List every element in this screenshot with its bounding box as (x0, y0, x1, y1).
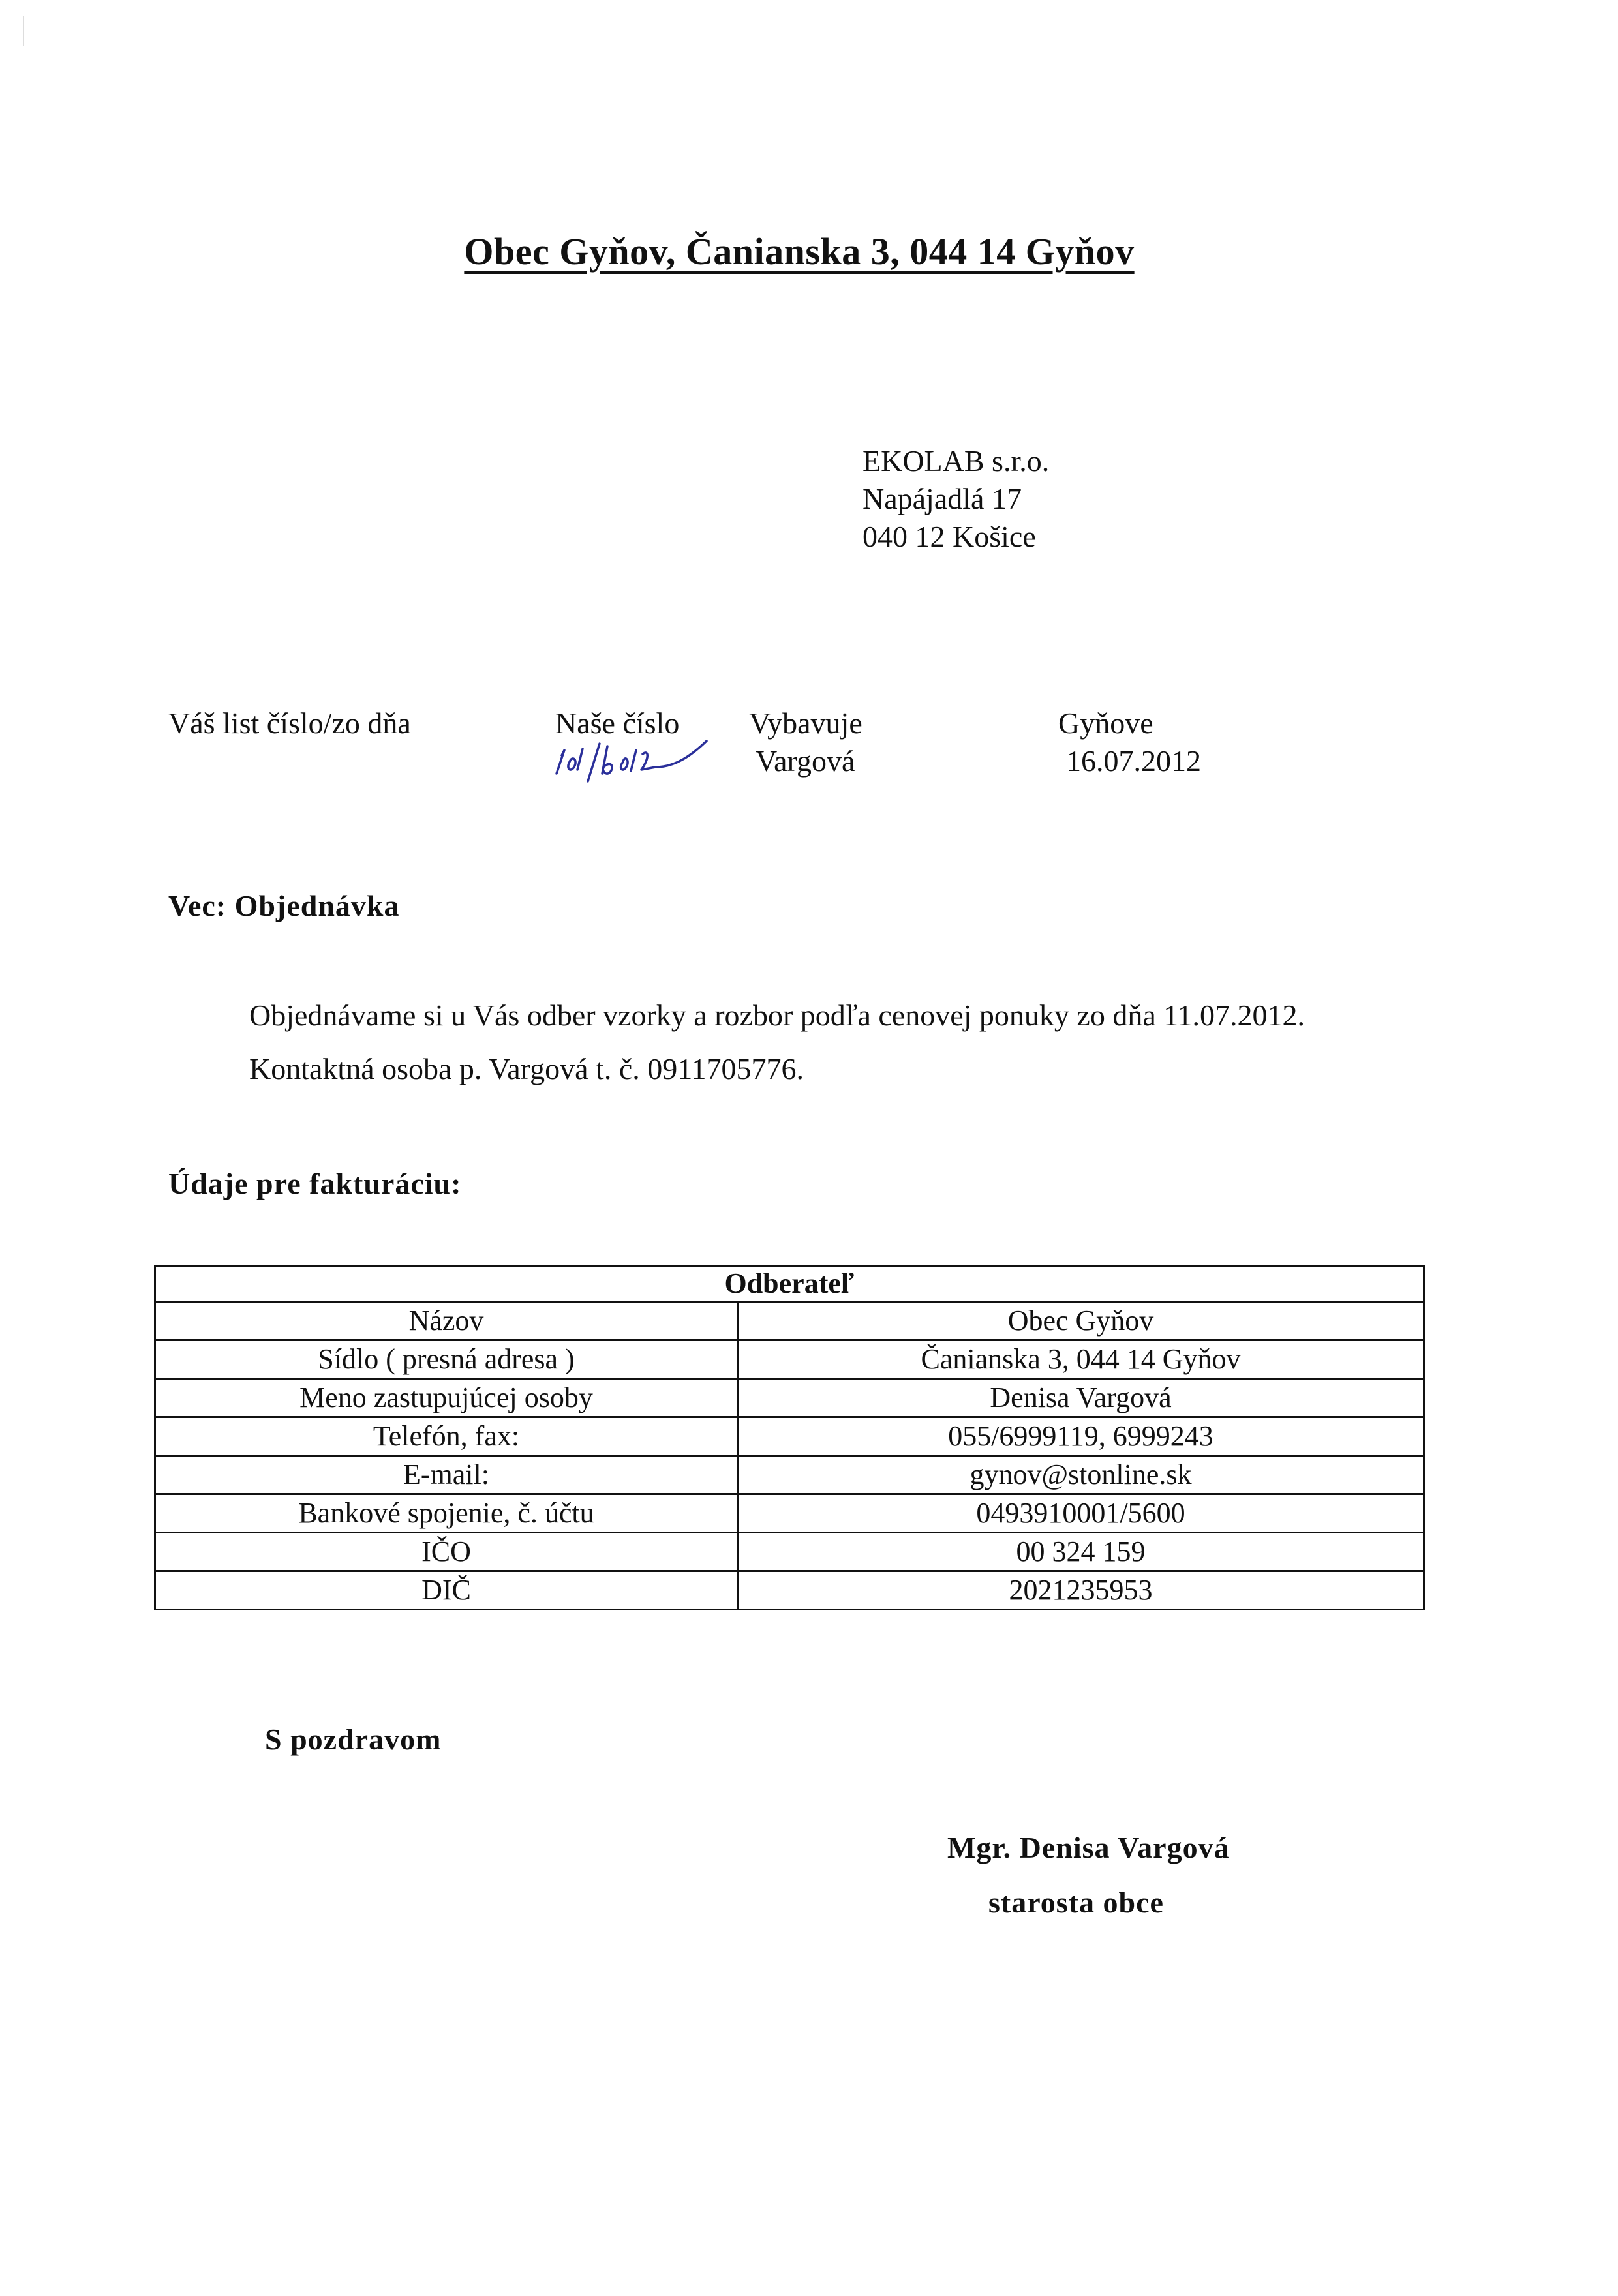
row-value: gynov@stonline.sk (738, 1456, 1424, 1494)
row-label: Meno zastupujúcej osoby (155, 1379, 738, 1417)
row-label: Telefón, fax: (155, 1417, 738, 1456)
signatory-role: starosta obce (988, 1885, 1164, 1920)
handwritten-reference-number: 101/2012 (551, 736, 714, 788)
recipient-line: EKOLAB s.r.o. (862, 442, 1049, 480)
table-row: Telefón, fax:055/6999119, 6999243 (155, 1417, 1424, 1456)
table-row: E-mail:gynov@stonline.sk (155, 1456, 1424, 1494)
row-value: Obec Gyňov (738, 1302, 1424, 1340)
subject-line: Vec: Objednávka (168, 888, 400, 923)
your-letter-label: Váš list číslo/zo dňa (168, 706, 411, 740)
billing-heading: Údaje pre fakturáciu: (168, 1166, 461, 1201)
row-value: 0493910001/5600 (738, 1494, 1424, 1533)
body-paragraph-2: Kontaktná osoba p. Vargová t. č. 0911705… (249, 1051, 804, 1086)
table-row: Meno zastupujúcej osobyDenisa Vargová (155, 1379, 1424, 1417)
table-header-customer: Odberateľ (155, 1266, 1424, 1302)
letterhead-title: Obec Gyňov, Čanianska 3, 044 14 Gyňov (0, 230, 1618, 273)
handled-by-value: Vargová (756, 744, 855, 778)
signatory-name: Mgr. Denisa Vargová (947, 1830, 1230, 1865)
table-row: IČO00 324 159 (155, 1533, 1424, 1571)
row-label: IČO (155, 1533, 738, 1571)
scan-artifact (23, 16, 24, 46)
letterhead-title-text: Obec Gyňov, Čanianska 3, 044 14 Gyňov (464, 230, 1134, 273)
row-value: 055/6999119, 6999243 (738, 1417, 1424, 1456)
handled-by-label: Vybavuje (749, 706, 862, 740)
recipient-address: EKOLAB s.r.o. Napájadlá 17 040 12 Košice (862, 442, 1049, 556)
table-row: Sídlo ( presná adresa )Čanianska 3, 044 … (155, 1340, 1424, 1379)
table-row: NázovObec Gyňov (155, 1302, 1424, 1340)
row-label: E-mail: (155, 1456, 738, 1494)
row-label: Sídlo ( presná adresa ) (155, 1340, 738, 1379)
row-value: 00 324 159 (738, 1533, 1424, 1571)
row-value: Denisa Vargová (738, 1379, 1424, 1417)
table-row: DIČ2021235953 (155, 1571, 1424, 1610)
body-paragraph-1: Objednávame si u Vás odber vzorky a rozb… (249, 998, 1305, 1033)
table-row: Bankové spojenie, č. účtu0493910001/5600 (155, 1494, 1424, 1533)
place-label: Gyňove (1058, 706, 1153, 740)
recipient-line: Napájadlá 17 (862, 480, 1049, 518)
billing-table: Odberateľ NázovObec Gyňov Sídlo ( presná… (154, 1265, 1425, 1610)
table-header-row: Odberateľ (155, 1266, 1424, 1302)
row-value: Čanianska 3, 044 14 Gyňov (738, 1340, 1424, 1379)
row-value: 2021235953 (738, 1571, 1424, 1610)
recipient-line: 040 12 Košice (862, 518, 1049, 556)
row-label: DIČ (155, 1571, 738, 1610)
closing-greeting: S pozdravom (265, 1722, 441, 1757)
row-label: Bankové spojenie, č. účtu (155, 1494, 738, 1533)
row-label: Názov (155, 1302, 738, 1340)
letter-date: 16.07.2012 (1066, 744, 1201, 778)
